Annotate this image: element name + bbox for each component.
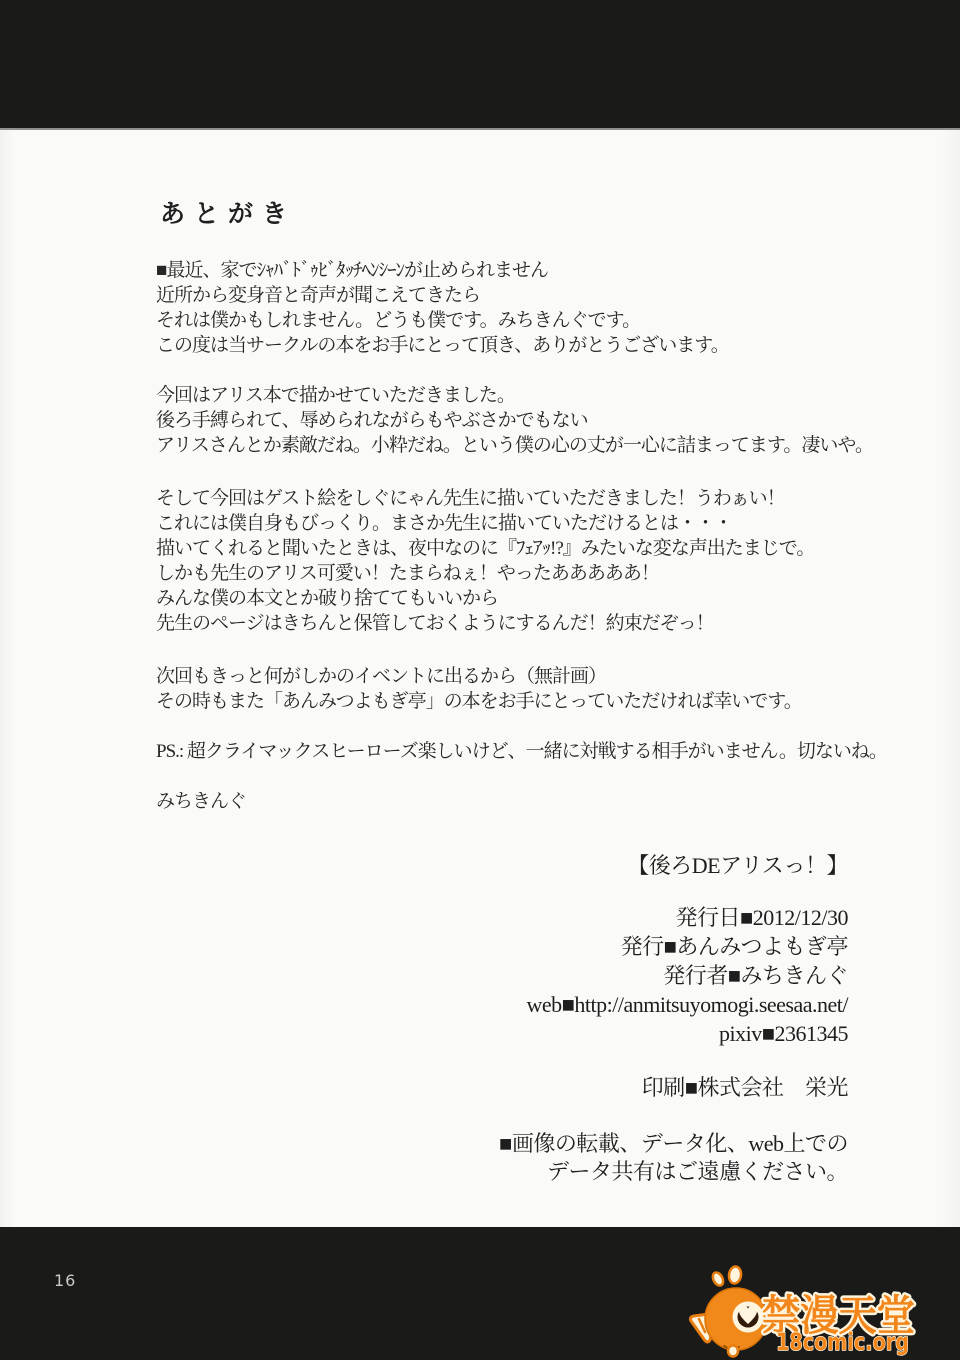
publication-info: 発行日■2012/12/30 発行■あんみつよもぎ亭 発行者■みちきんぐ web… — [228, 903, 848, 1048]
afterword-line: 先生のページはきちんと保管しておくようにするんだ！約束だぞっ！ — [156, 611, 868, 636]
notice-line: データ共有はご遠慮ください。 — [228, 1158, 848, 1186]
afterword-paragraph-1: ■最近、家でｼｬﾊﾞﾄﾞｩﾋﾞﾀｯﾁﾍﾝｼｰﾝが止められません 近所から変身音と… — [156, 258, 868, 358]
publication-line: 発行者■みちきんぐ — [228, 961, 848, 990]
watermark-logo: 禁漫天堂 18comic.org — [688, 1262, 938, 1358]
book-title: 【後ろDEアリスっ！】 — [228, 849, 848, 880]
afterword-line: 次回もきっと何がしかのイベントに出るから（無計画） — [156, 664, 868, 689]
afterword-line: ■最近、家でｼｬﾊﾞﾄﾞｩﾋﾞﾀｯﾁﾍﾝｼｰﾝが止められません — [156, 258, 868, 283]
print-info: 印刷■株式会社 栄光 — [228, 1071, 848, 1102]
page-title: あとがき — [160, 194, 296, 230]
afterword-paragraph-2: 今回はアリス本で描かせていただきました。 後ろ手縛られて、辱められながらもやぶさ… — [156, 383, 868, 458]
page-number: 16 — [54, 1271, 76, 1290]
afterword-line: PS.: 超クライマックスヒーローズ楽しいけど、一緒に対戦する相手がいません。切… — [156, 739, 868, 764]
copyright-notice: ■画像の転載、データ化、web上での データ共有はご遠慮ください。 — [228, 1130, 848, 1186]
afterword-line: 今回はアリス本で描かせていただきました。 — [156, 383, 868, 408]
afterword-line: 近所から変身音と奇声が聞こえてきたら — [156, 283, 868, 308]
afterword-line: アリスさんとか素敵だね。小粋だね。という僕の心の丈が一心に詰まってます。凄いや。 — [156, 433, 868, 458]
publication-line: pixiv■2361345 — [228, 1019, 848, 1048]
afterword-line: そして今回はゲスト絵をしぐにゃん先生に描いていただきました！うわぁい！ — [156, 486, 868, 511]
afterword-paragraph-4: 次回もきっと何がしかのイベントに出るから（無計画） その時もまた「あんみつよもぎ… — [156, 664, 868, 714]
publication-line: web■http://anmitsuyomogi.seesaa.net/ — [228, 990, 848, 1019]
notice-line: ■画像の転載、データ化、web上での — [228, 1130, 848, 1158]
scanned-afterword-page: あとがき ■最近、家でｼｬﾊﾞﾄﾞｩﾋﾞﾀｯﾁﾍﾝｼｰﾝが止められません 近所か… — [0, 0, 960, 1360]
afterword-postscript: PS.: 超クライマックスヒーローズ楽しいけど、一緒に対戦する相手がいません。切… — [156, 739, 868, 764]
afterword-line: 後ろ手縛られて、辱められながらもやぶさかでもない — [156, 408, 868, 433]
top-black-bar — [0, 0, 960, 130]
afterword-line: みちきんぐ — [156, 789, 868, 814]
afterword-paragraph-3: そして今回はゲスト絵をしぐにゃん先生に描いていただきました！うわぁい！ これには… — [156, 486, 868, 636]
afterword-line: これには僕自身もびっくり。まさか先生に描いていただけるとは・・・ — [156, 511, 868, 536]
fish-mascot-icon — [690, 1266, 767, 1357]
publication-line: 発行■あんみつよもぎ亭 — [228, 932, 848, 961]
afterword-line: その時もまた「あんみつよもぎ亭」の本をお手にとっていただければ幸いです。 — [156, 689, 868, 714]
afterword-line: この度は当サークルの本をお手にとって頂き、ありがとうございます。 — [156, 333, 868, 358]
author-signature: みちきんぐ — [156, 789, 868, 814]
afterword-line: みんな僕の本文とか破り捨ててもいいから — [156, 586, 868, 611]
watermark-site-url: 18comic.org — [776, 1328, 909, 1356]
afterword-line: しかも先生のアリス可愛い！たまらねぇ！やったあああああ！ — [156, 561, 868, 586]
afterword-line: 描いてくれると聞いたときは、夜中なのに『ﾌｪｱｯ!?』みたいな変な声出たまじで。 — [156, 536, 868, 561]
afterword-line: それは僕かもしれません。どうも僕です。みちきんぐです。 — [156, 308, 868, 333]
publication-line: 発行日■2012/12/30 — [228, 903, 848, 932]
